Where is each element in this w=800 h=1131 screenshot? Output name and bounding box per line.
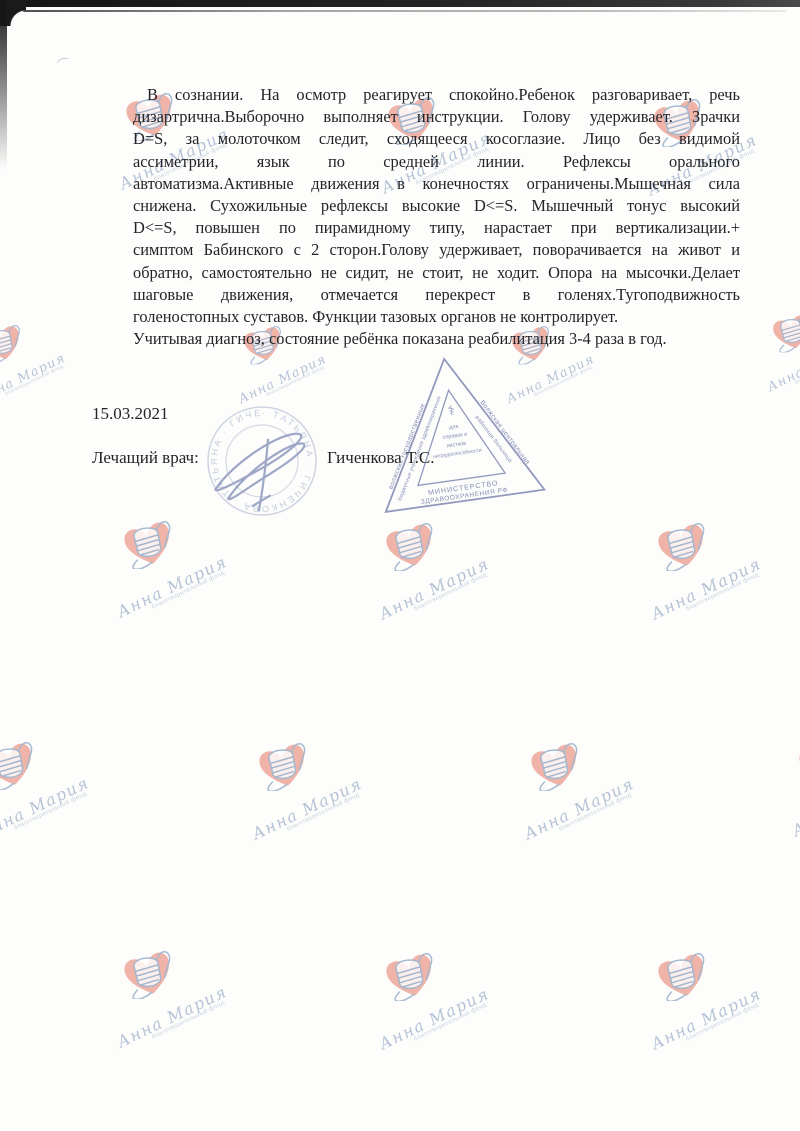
watermark-tagline: благотворительный фонд <box>511 781 656 856</box>
watermark-tagline: благотворительный фонд <box>366 561 511 636</box>
report-text-line: Учитывая диагноз, состояние ребёнка пока… <box>133 328 740 350</box>
caduceus-icon: ⚕ <box>447 402 456 418</box>
watermark-tagline: благотворительный фонд <box>366 991 511 1066</box>
report-text-line: обратно, самостоятельно не сидит, не сто… <box>133 262 740 284</box>
watermark-text: Анна Мария благотворительный фонд <box>0 765 111 855</box>
watermark-anna-maria: Анна Мария благотворительный фонд <box>752 314 800 404</box>
anna-maria-logo-icon <box>654 523 712 571</box>
watermark-brand: Анна Мария <box>0 343 81 412</box>
watermark-brand: Анна Мария <box>631 546 781 632</box>
exam-date: 15.03.2021 <box>92 404 169 424</box>
watermark-brand: Анна Мария <box>631 976 781 1062</box>
anna-maria-logo-icon <box>795 740 800 788</box>
watermark-brand: Анна Мария <box>97 544 247 630</box>
anna-maria-logo-icon <box>654 953 712 1001</box>
tri-stamp-center-line: для <box>449 424 459 431</box>
scan-edge-left <box>0 0 7 170</box>
watermark-tagline: благотворительный фонд <box>104 989 249 1064</box>
tri-stamp-center-line: листков <box>446 441 467 450</box>
report-text-line: дизартрична.Выборочно выполняет инструкц… <box>133 106 740 128</box>
watermark-text: Анна Мария благотворительный фонд <box>772 763 800 853</box>
anna-maria-logo-icon <box>120 521 178 569</box>
watermark-anna-maria: Анна Мария благотворительный фонд <box>360 523 510 635</box>
watermark-anna-maria: Анна Мария благотворительный фонд <box>233 743 383 855</box>
watermark-text: Анна Мария благотворительный фонд <box>631 976 783 1066</box>
watermark-anna-maria: Анна Мария благотворительный фонд <box>98 951 248 1063</box>
watermark-brand: Анна Мария <box>97 974 247 1060</box>
watermark-anna-maria: Анна Мария благотворительный фонд <box>360 953 510 1065</box>
anna-maria-logo-icon <box>0 742 40 790</box>
watermark-text: Анна Мария благотворительный фонд <box>504 766 656 856</box>
watermark-brand: Анна Мария <box>0 765 109 851</box>
watermark-tagline: благотворительный фонд <box>0 355 83 415</box>
doctor-label: Лечащий врач: <box>92 448 199 468</box>
watermark-anna-maria: Анна Мария благотворительный фонд <box>0 742 110 854</box>
triangle-ministry-stamp: волжские государственные бюджетные учреж… <box>357 340 557 531</box>
watermark-anna-maria: Анна Мария благотворительный фонд <box>98 521 248 633</box>
scan-edge-top <box>0 0 800 7</box>
watermark-tagline: благотворительный фонд <box>638 561 783 636</box>
watermark-tagline: благотворительный фонд <box>757 344 800 404</box>
watermark-tagline: благотворительный фонд <box>638 991 783 1066</box>
watermark-text: Анна Мария благотворительный фонд <box>97 544 249 634</box>
watermark-brand: Анна Мария <box>504 766 654 852</box>
watermark-tagline: благотворительный фонд <box>104 559 249 634</box>
report-text-line: автоматизма.Активные движения в конечнос… <box>133 173 740 195</box>
watermark-tagline: благотворительный фонд <box>779 778 800 853</box>
scan-artifact-line <box>23 10 787 12</box>
tri-stamp-center-line: справок и <box>442 432 467 441</box>
scanned-document-page: Анна Мария благотворительный фонд Анна М… <box>0 0 800 1131</box>
anna-maria-logo-icon <box>0 325 26 363</box>
watermark-anna-maria: Анна Мария благотворительный фонд <box>505 743 655 855</box>
watermark-anna-maria: Анна Мария благотворительный фонд <box>0 325 82 415</box>
anna-maria-logo-icon <box>255 743 313 791</box>
watermark-brand: Анна Мария <box>359 546 509 632</box>
watermark-brand: Анна Мария <box>772 763 800 849</box>
watermark-text: Анна Мария благотворительный фонд <box>631 546 783 636</box>
watermark-tagline: благотворительный фонд <box>0 780 111 855</box>
watermark-text: Анна Мария благотворительный фонд <box>97 974 249 1064</box>
watermark-tagline: благотворительный фонд <box>239 781 384 856</box>
watermark-anna-maria: Анна Мария благотворительный фонд <box>632 523 782 635</box>
report-text-line: симптом Бабинского с 2 сторон.Голову уде… <box>133 239 740 261</box>
anna-maria-logo-icon <box>120 951 178 999</box>
scan-smudge <box>56 56 71 69</box>
watermark-text: Анна Мария благотворительный фонд <box>751 332 800 404</box>
anna-maria-logo-icon <box>382 953 440 1001</box>
watermark-brand: Анна Мария <box>232 766 382 852</box>
report-text-line: ассиметрии, язык по средней линии. Рефле… <box>133 151 740 173</box>
anna-maria-logo-icon <box>527 743 585 791</box>
watermark-text: Анна Мария благотворительный фонд <box>359 976 511 1066</box>
watermark-anna-maria: Анна Мария благотворительный фонд <box>632 953 782 1065</box>
report-text-line: шаговые движения, отмечается перекрест в… <box>133 284 740 306</box>
report-text-line: снижена. Сухожильные рефлексы высокие D<… <box>133 195 740 217</box>
watermark-text: Анна Мария благотворительный фонд <box>232 766 384 856</box>
watermark-text: Анна Мария благотворительный фонд <box>359 546 511 636</box>
tri-stamp-center-line: нетрудоспособности <box>433 447 482 460</box>
doctor-signature <box>200 408 330 523</box>
medical-report-text: В сознании. На осмотр реагирует спокойно… <box>133 84 740 350</box>
watermark-brand: Анна Мария <box>359 976 509 1062</box>
report-text-line: голеностопных суставов. Функции тазовых … <box>133 306 740 328</box>
watermark-brand: Анна Мария <box>751 332 800 401</box>
watermark-text: Анна Мария благотворительный фонд <box>0 343 83 415</box>
report-text-line: D<=S, повышен по пирамидному типу, нарас… <box>133 217 740 239</box>
anna-maria-logo-icon <box>382 523 440 571</box>
anna-maria-logo-icon <box>770 314 800 352</box>
watermark-anna-maria: Анна Мария благотворительный фонд <box>773 740 800 852</box>
report-text-line: В сознании. На осмотр реагирует спокойно… <box>133 84 740 106</box>
report-text-line: D=S, за молоточком следит, сходящееся ко… <box>133 128 740 150</box>
